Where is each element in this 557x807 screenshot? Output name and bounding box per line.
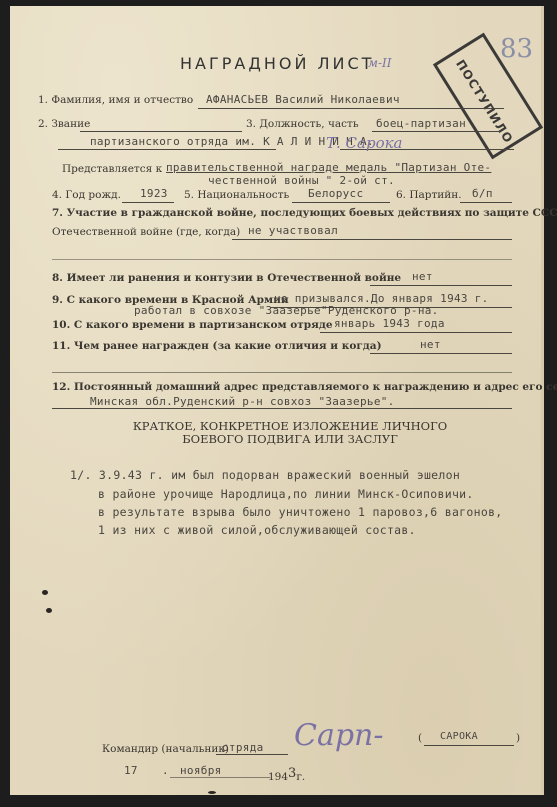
paren-close: ) [516, 732, 520, 744]
field-6-label: 6. Партийн. [396, 189, 462, 201]
position-value: боец-партизан [376, 117, 466, 130]
field-1-label: 1. Фамилия, имя и отчество [38, 94, 193, 106]
civil-war-participation-value: не участвовал [248, 224, 338, 237]
field-12-label: 12. Постоянный домашний адрес представля… [52, 381, 557, 393]
field-4-label: 4. Год рожд. [52, 189, 121, 201]
commander-label: Командир (начальник) [102, 743, 229, 755]
punch-hole [208, 791, 216, 794]
margin-mark: м-II [368, 56, 391, 70]
date-month: ноября [180, 764, 222, 777]
commander-unit: отряда [222, 741, 264, 754]
feat-heading-line2: БОЕВОГО ПОДВИГА ИЛИ ЗАСЛУГ [100, 433, 480, 446]
handwritten-commander-note: Т. Сарока [326, 134, 403, 152]
field-11-label: 11. Чем ранее награжден (за какие отличи… [52, 340, 382, 352]
presented-label: Представляется к [62, 163, 162, 175]
field-3-label: 3. Должность, часть [246, 118, 359, 130]
red-army-value-line2: работал в совхозе "Заазерье"Руденского р… [134, 304, 439, 317]
field-7-label: 7. Участие в гражданской войне, последую… [52, 207, 557, 219]
award-value-line2: чественной войны " 2-ой ст. [208, 174, 395, 187]
feat-line-4: 1 из них с живой силой,обслуживающей сос… [98, 523, 416, 537]
field-2-label: 2. Звание [38, 118, 90, 130]
punch-hole [42, 590, 48, 595]
field-8-label: 8. Имеет ли ранения и контузии в Отечест… [52, 272, 401, 284]
paren-open: ( [418, 732, 422, 744]
birth-year-value: 1923 [140, 187, 168, 200]
feat-line-1: 1/. 3.9.43 г. им был подорван вражеский … [70, 468, 460, 482]
award-sheet: НАГРАДНОЙ ЛИСТ м-II 83 ПОСТУПИЛО 1. Фами… [10, 6, 544, 795]
date-dot: . [162, 764, 169, 777]
date-day: 17 [124, 764, 138, 777]
handwritten-signature: Сарп- [294, 718, 384, 753]
previous-awards-value: нет [420, 338, 441, 351]
party-value: б/п [472, 187, 493, 200]
document-title: НАГРАДНОЙ ЛИСТ [180, 54, 374, 73]
field-7-label-line2: Отечественной войне (где, когда) [52, 226, 240, 238]
page-number: 83 [500, 34, 533, 64]
partisan-since-value: январь 1943 года [334, 317, 445, 330]
commander-name: САРОКА [440, 731, 478, 742]
feat-line-2: в районе урочище Народлица,по линии Минс… [98, 487, 474, 501]
feat-heading: КРАТКОЕ, КОНКРЕТНОЕ ИЗЛОЖЕНИЕ ЛИЧНОГО БО… [100, 420, 480, 446]
full-name-value: АФАНАСЬЕВ Василий Николаевич [206, 93, 400, 106]
wounds-value: нет [412, 270, 433, 283]
punch-hole [46, 608, 52, 613]
nationality-value: Белорусс [308, 187, 363, 200]
home-address-value: Минская обл.Руденский р-н совхоз "Заазер… [90, 395, 395, 408]
feat-line-3: в результате взрыва было уничтожено 1 па… [98, 505, 503, 519]
award-value: правительственной награде медаль "Партиз… [166, 161, 491, 174]
field-5-label: 5. Национальность [184, 189, 289, 201]
date-year: 1943г. [268, 766, 305, 783]
field-10-label: 10. С какого времени в партизанском отря… [52, 319, 333, 331]
